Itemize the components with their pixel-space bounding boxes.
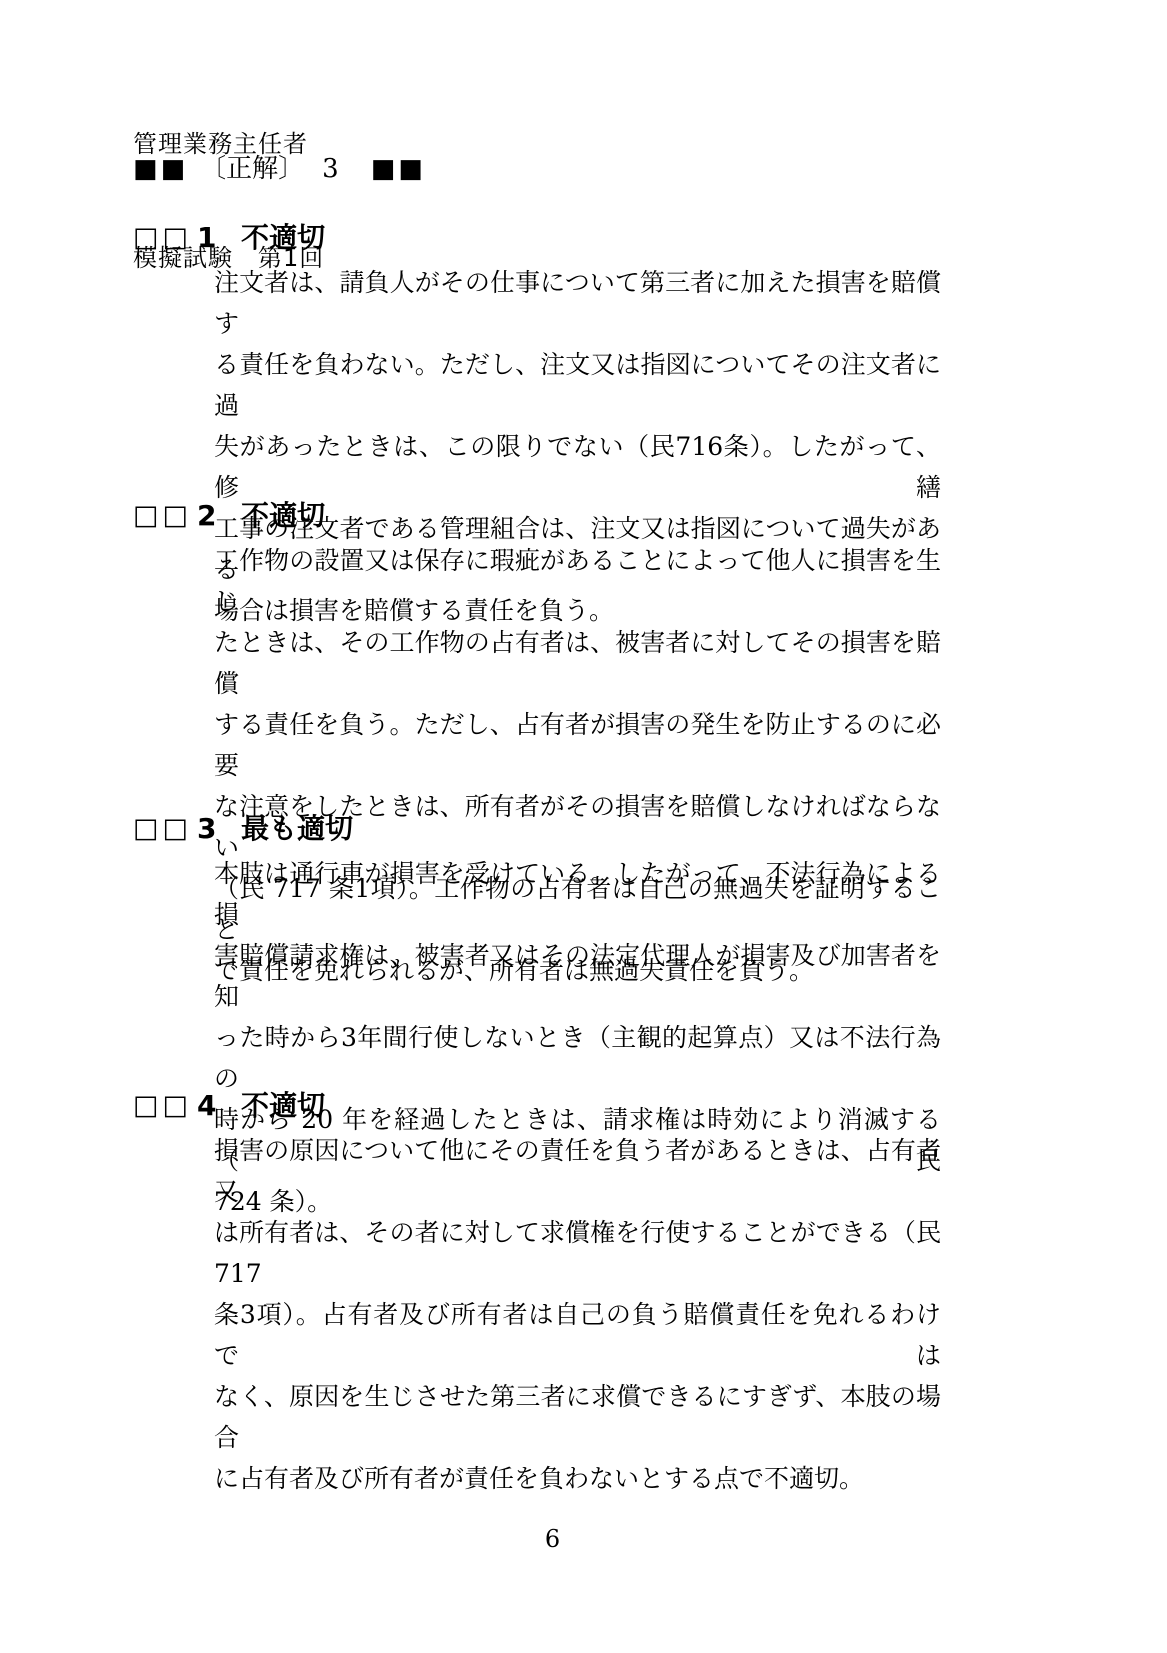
verdict-label: 不適切	[241, 1089, 325, 1123]
empty-checkbox-squares-icon: □□	[133, 499, 197, 533]
explanation-line: 害賠償請求権は、被害者又はその法定代理人が損害及び加害者を知	[214, 935, 941, 1017]
explanation-line: に占有者及び所有者が責任を負わないとする点で不適切。	[214, 1458, 941, 1499]
explanation-line: 失があったときは、この限りでない（民716条）。したがって、修繕	[214, 426, 941, 508]
choice-number: 2	[197, 499, 241, 533]
explanation-line: る責任を負わない。ただし、注文又は指図についてその注文者に過	[214, 344, 941, 426]
verdict-label: 不適切	[241, 499, 325, 533]
empty-checkbox-squares-icon: □□	[133, 221, 197, 255]
answer-explanation-section: □□ 4 不適切 損害の原因について他にその責任を負う者があるときは、占有者又は…	[0, 1089, 1167, 1499]
explanation-line: なく、原因を生じさせた第三者に求償できるにすぎず、本肢の場合	[214, 1376, 941, 1458]
verdict-label: 不適切	[241, 221, 325, 255]
exam-answer-page: 管理業務主任者 模擬試験 第1回 ■■ 〔正解〕 3 ■■ □□ 1 不適切 注…	[0, 0, 1167, 1653]
explanation-line: った時から3年間行使しないとき（主観的起算点）又は不法行為の	[214, 1017, 941, 1099]
verdict-label: 最も適切	[241, 812, 353, 846]
explanation-line: 本肢は通行車が損害を受けている。したがって、不法行為による損	[214, 853, 941, 935]
section-heading: □□ 1 不適切	[0, 221, 1167, 255]
section-heading: □□ 3 最も適切	[0, 812, 1167, 846]
explanation-line: は所有者は、その者に対して求償権を行使することができる（民717	[214, 1212, 941, 1294]
explanations-container: □□ 1 不適切 注文者は、請負人がその仕事について第三者に加えた損害を賠償する…	[0, 0, 1167, 1653]
explanation-line: 条3項）。占有者及び所有者は自己の負う賠償責任を免れるわけでは	[214, 1294, 941, 1376]
explanation-text: 損害の原因について他にその責任を負う者があるときは、占有者又は所有者は、その者に…	[214, 1130, 941, 1499]
page-number: 6	[0, 1524, 1136, 1554]
empty-checkbox-squares-icon: □□	[133, 1089, 197, 1123]
section-heading: □□ 4 不適切	[0, 1089, 1167, 1123]
explanation-line: 注文者は、請負人がその仕事について第三者に加えた損害を賠償す	[214, 262, 941, 344]
choice-number: 4	[197, 1089, 241, 1123]
explanation-line: 工作物の設置又は保存に瑕疵があることによって他人に損害を生じ	[214, 540, 941, 622]
empty-checkbox-squares-icon: □□	[133, 812, 197, 846]
explanation-line: 損害の原因について他にその責任を負う者があるときは、占有者又	[214, 1130, 941, 1212]
choice-number: 1	[197, 221, 241, 255]
explanation-line: する責任を負う。ただし、占有者が損害の発生を防止するのに必要	[214, 704, 941, 786]
explanation-line: たときは、その工作物の占有者は、被害者に対してその損害を賠償	[214, 622, 941, 704]
section-heading: □□ 2 不適切	[0, 499, 1167, 533]
choice-number: 3	[197, 812, 241, 846]
